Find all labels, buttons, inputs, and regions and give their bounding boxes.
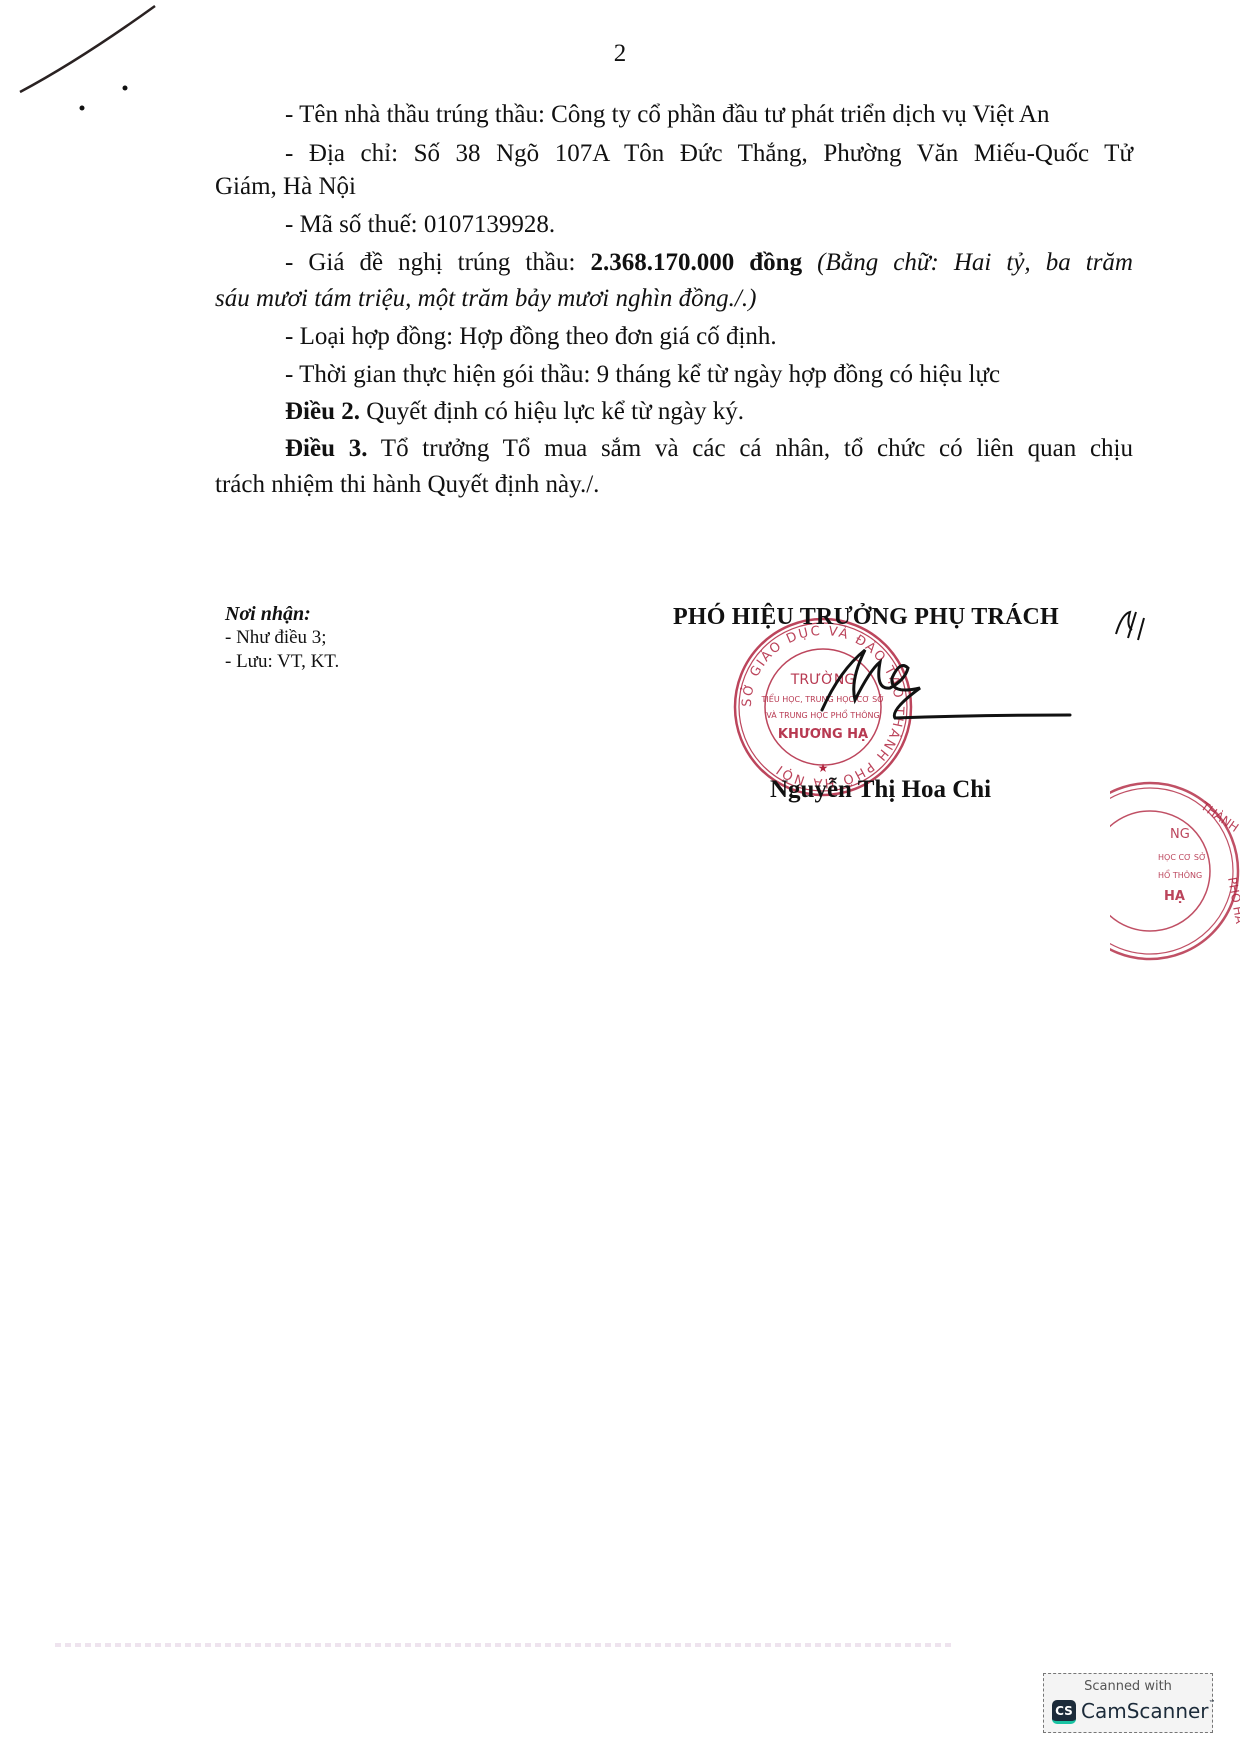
duration-line: - Thời gian thực hiện gói thầu: 9 tháng … — [285, 360, 1000, 390]
camscanner-watermark: Scanned with CS CamScanner™ — [1043, 1673, 1213, 1733]
article-3-label: Điều 3. — [285, 435, 368, 462]
signer-name: Nguyễn Thị Hoa Chi — [770, 776, 991, 804]
camscanner-brand: CamScanner™ — [1081, 1699, 1216, 1723]
document-page: 2 - Tên nhà thầu trúng thầu: Công ty cổ … — [0, 0, 1240, 1755]
address-line-2: Giám, Hà Nội — [215, 172, 356, 202]
partial-stamp: NG HỌC CƠ SỞ HỔ THÔNG HẠ THÀNH PHỐ HÀ — [1110, 778, 1240, 964]
article-3: Điều 3. Tổ trưởng Tổ mua sắm và các cá n… — [285, 434, 1133, 464]
brand-name: CamScanner — [1081, 1699, 1209, 1723]
price-label: - Giá đề nghị trúng thầu: — [285, 249, 590, 276]
recipients-title: Nơi nhận: — [225, 602, 339, 626]
recipient-item: - Như điều 3; — [225, 626, 339, 650]
price-value: 2.368.170.000 đồng — [590, 249, 802, 276]
svg-text:HỔ THÔNG: HỔ THÔNG — [1158, 868, 1202, 880]
article-2-label: Điều 2. — [285, 398, 360, 425]
svg-text:HẠ: HẠ — [1164, 889, 1185, 904]
recipients-block: Nơi nhận: - Như điều 3; - Lưu: VT, KT. — [225, 602, 339, 674]
article-2-text: Quyết định có hiệu lực kể từ ngày ký. — [360, 398, 744, 425]
initial-mark — [1112, 604, 1162, 644]
trademark-symbol: ™ — [1209, 1699, 1216, 1707]
article-3-text-1: Tổ trưởng Tổ mua sắm và các cá nhân, tổ … — [368, 435, 1134, 462]
price-line: - Giá đề nghị trúng thầu: 2.368.170.000 … — [285, 248, 1133, 278]
svg-text:NG: NG — [1170, 827, 1190, 842]
recipient-item: - Lưu: VT, KT. — [225, 650, 339, 674]
article-2: Điều 2. Quyết định có hiệu lực kể từ ngà… — [285, 397, 744, 427]
article-3-line-2: trách nhiệm thi hành Quyết định này./. — [215, 470, 599, 500]
camscanner-logo-icon: CS — [1052, 1700, 1076, 1724]
handwritten-signature — [780, 600, 1080, 750]
scan-noise-line — [55, 1643, 955, 1647]
contract-type-line: - Loại hợp đồng: Hợp đồng theo đơn giá c… — [285, 322, 777, 352]
contractor-name-line: - Tên nhà thầu trúng thầu: Công ty cổ ph… — [285, 100, 1049, 130]
price-in-words-part1: (Bằng chữ: Hai tỷ, ba trăm — [802, 249, 1133, 276]
price-in-words-line-2: sáu mươi tám triệu, một trăm bảy mươi ng… — [215, 284, 756, 314]
stamp-star-icon: ★ — [818, 761, 829, 775]
address-line-1: - Địa chỉ: Số 38 Ngõ 107A Tôn Đức Thắng,… — [285, 139, 1133, 169]
svg-text:HỌC CƠ SỞ: HỌC CƠ SỞ — [1158, 851, 1206, 862]
svg-text:THÀNH: THÀNH — [1197, 798, 1240, 835]
tax-code-line: - Mã số thuế: 0107139928. — [285, 210, 555, 240]
price-in-words-part2: sáu mươi tám triệu, một trăm bảy mươi ng… — [215, 285, 756, 312]
page-number: 2 — [0, 40, 1240, 68]
scanned-with-label: Scanned with — [1044, 1679, 1212, 1694]
